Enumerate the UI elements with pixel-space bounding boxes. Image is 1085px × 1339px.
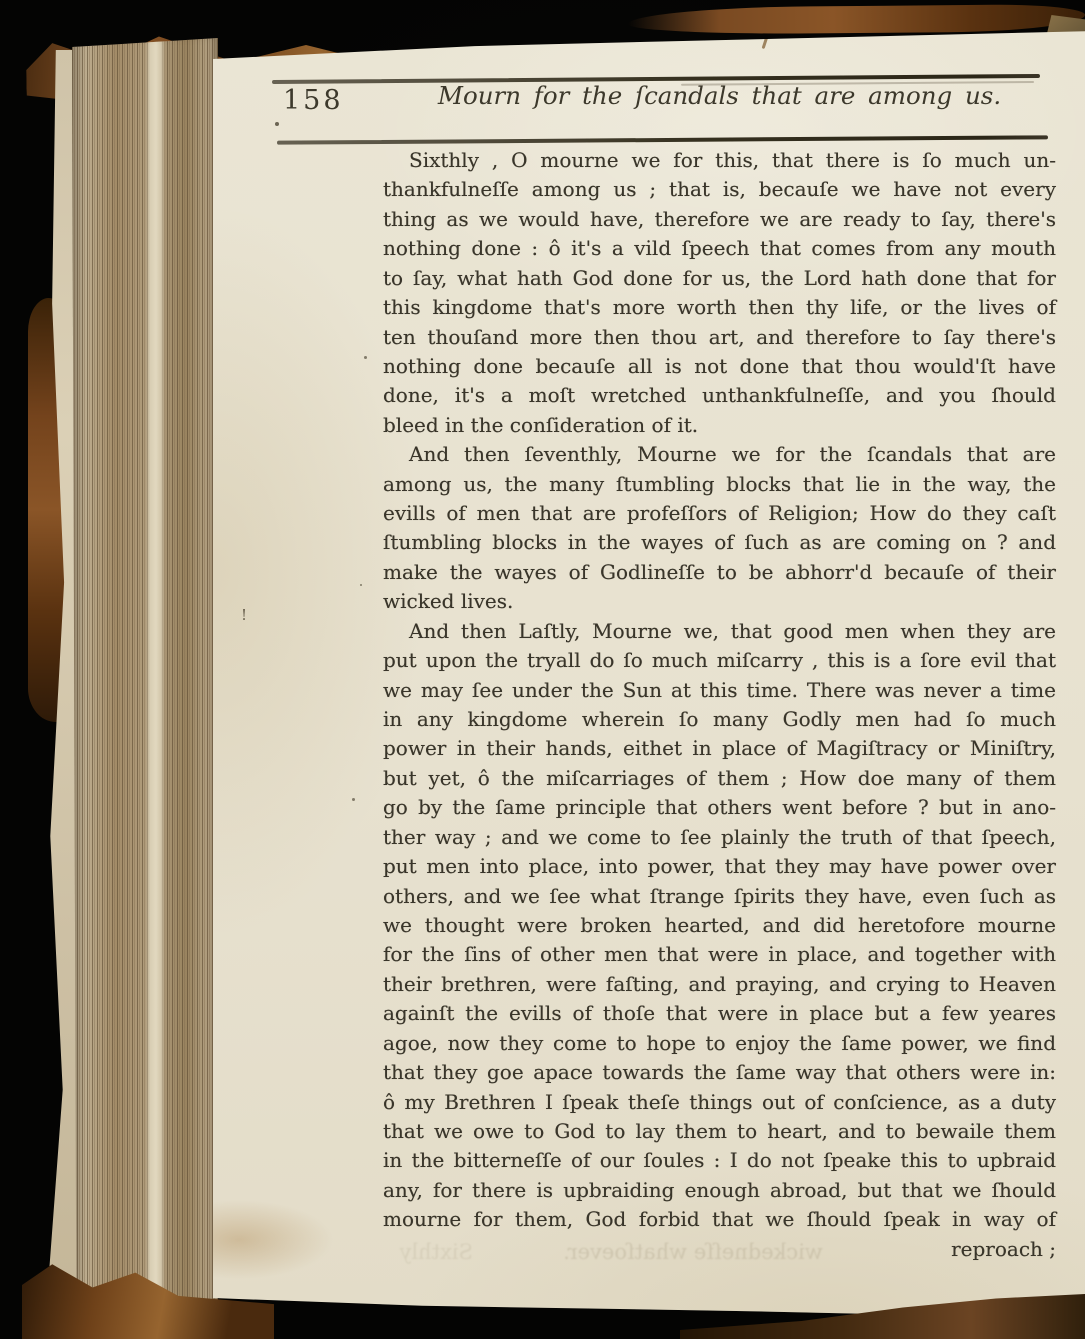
text-line: againſt the evills of thoſe that were in… bbox=[383, 999, 1056, 1028]
text-line: thing as we would have, therefore we are… bbox=[383, 205, 1056, 234]
text-line: And then ſeventhly, Mourne we for the ſc… bbox=[383, 440, 1056, 469]
text-line: wicked lives. bbox=[383, 587, 1056, 616]
ink-speck bbox=[360, 584, 362, 586]
text-line: put upon the tryall do ſo much miſcarry … bbox=[383, 646, 1056, 675]
ink-stroke-mark bbox=[762, 33, 770, 49]
book-page: 158 Mourn for the ſcandals that are amon… bbox=[213, 28, 1085, 1320]
margin-mark: ! bbox=[241, 606, 247, 624]
showthrough-text: wickedneſſe whatſoever. bbox=[463, 1240, 923, 1264]
paragraph: And then Laſtly, Mourne we, that good me… bbox=[383, 617, 1056, 1264]
text-line: ſtumbling blocks in the wayes of ſuch as… bbox=[383, 528, 1056, 557]
running-title: Mourn for the ſcandals that are among us… bbox=[383, 81, 1056, 110]
header-rule-bottom bbox=[277, 135, 1048, 144]
text-line: ô my Brethren I ſpeak theſe things out o… bbox=[383, 1088, 1056, 1117]
folio-number: 158 bbox=[283, 85, 344, 116]
text-line: power in their hands, eithet in place of… bbox=[383, 734, 1056, 763]
text-line: in the bitterneſſe of our ſoules : I do … bbox=[383, 1146, 1056, 1175]
book-photo-scene: 158 Mourn for the ſcandals that are amon… bbox=[0, 0, 1085, 1339]
stacked-page-edges bbox=[72, 38, 218, 1330]
text-line: go by the ſame principle that others wen… bbox=[383, 793, 1056, 822]
text-line: among us, the many ſtumbling blocks that… bbox=[383, 470, 1056, 499]
ink-speck bbox=[352, 798, 355, 801]
text-line: done, it's a moſt wretched unthankfulneſ… bbox=[383, 381, 1056, 410]
text-line: nothing done : ô it's a vild ſpeech that… bbox=[383, 234, 1056, 263]
text-line: to ſay, what hath God done for us, the L… bbox=[383, 264, 1056, 293]
text-line: make the wayes of Godlineſſe to be abhor… bbox=[383, 558, 1056, 587]
paragraph: Sixthly , O mourne we for this, that the… bbox=[383, 146, 1056, 440]
text-line: thankfulneſſe among us ; that is, becauſ… bbox=[383, 175, 1056, 204]
text-line: that they goe apace towards the ſame way… bbox=[383, 1058, 1056, 1087]
text-line: agoe, now they come to hope to enjoy the… bbox=[383, 1029, 1056, 1058]
text-line: mourne for them, God forbid that we ſhou… bbox=[383, 1205, 1056, 1234]
ink-speck bbox=[364, 356, 367, 359]
ink-speck bbox=[275, 122, 279, 126]
paragraph: And then ſeventhly, Mourne we for the ſc… bbox=[383, 440, 1056, 617]
text-line: others, and we ſee what ſtrange ſpirits … bbox=[383, 882, 1056, 911]
text-line: in any kingdome wherein ſo many Godly me… bbox=[383, 705, 1056, 734]
text-line: we may ſee under the Sun at this time. T… bbox=[383, 676, 1056, 705]
text-line: bleed in the conſideration of it. bbox=[383, 411, 1056, 440]
text-line: this kingdome that's more worth then thy… bbox=[383, 293, 1056, 322]
text-line: Sixthly , O mourne we for this, that the… bbox=[383, 146, 1056, 175]
text-line: evills of men that are profeſſors of Rel… bbox=[383, 499, 1056, 528]
text-line: their brethren, were faſting, and prayin… bbox=[383, 970, 1056, 999]
text-line: but yet, ô the miſcarriages of them ; Ho… bbox=[383, 764, 1056, 793]
text-line: any, for there is upbraiding enough abro… bbox=[383, 1176, 1056, 1205]
leather-cover-top-edge bbox=[628, 4, 1085, 35]
text-line: nothing done becauſe all is not done tha… bbox=[383, 352, 1056, 381]
showthrough-text-left: Sixthly bbox=[363, 1240, 473, 1264]
text-line: that we owe to God to lay them to heart,… bbox=[383, 1117, 1056, 1146]
text-line: we thought were broken hearted, and did … bbox=[383, 911, 1056, 940]
text-line: ther way ; and we come to ſee plainly th… bbox=[383, 823, 1056, 852]
text-block: Sixthly , O mourne we for this, that the… bbox=[383, 146, 1056, 1264]
text-line: for the ſins of other men that were in p… bbox=[383, 940, 1056, 969]
text-line: ten thouſand more then thou art, and the… bbox=[383, 323, 1056, 352]
text-line: put men into place, into power, that the… bbox=[383, 852, 1056, 881]
text-line: And then Laſtly, Mourne we, that good me… bbox=[383, 617, 1056, 646]
